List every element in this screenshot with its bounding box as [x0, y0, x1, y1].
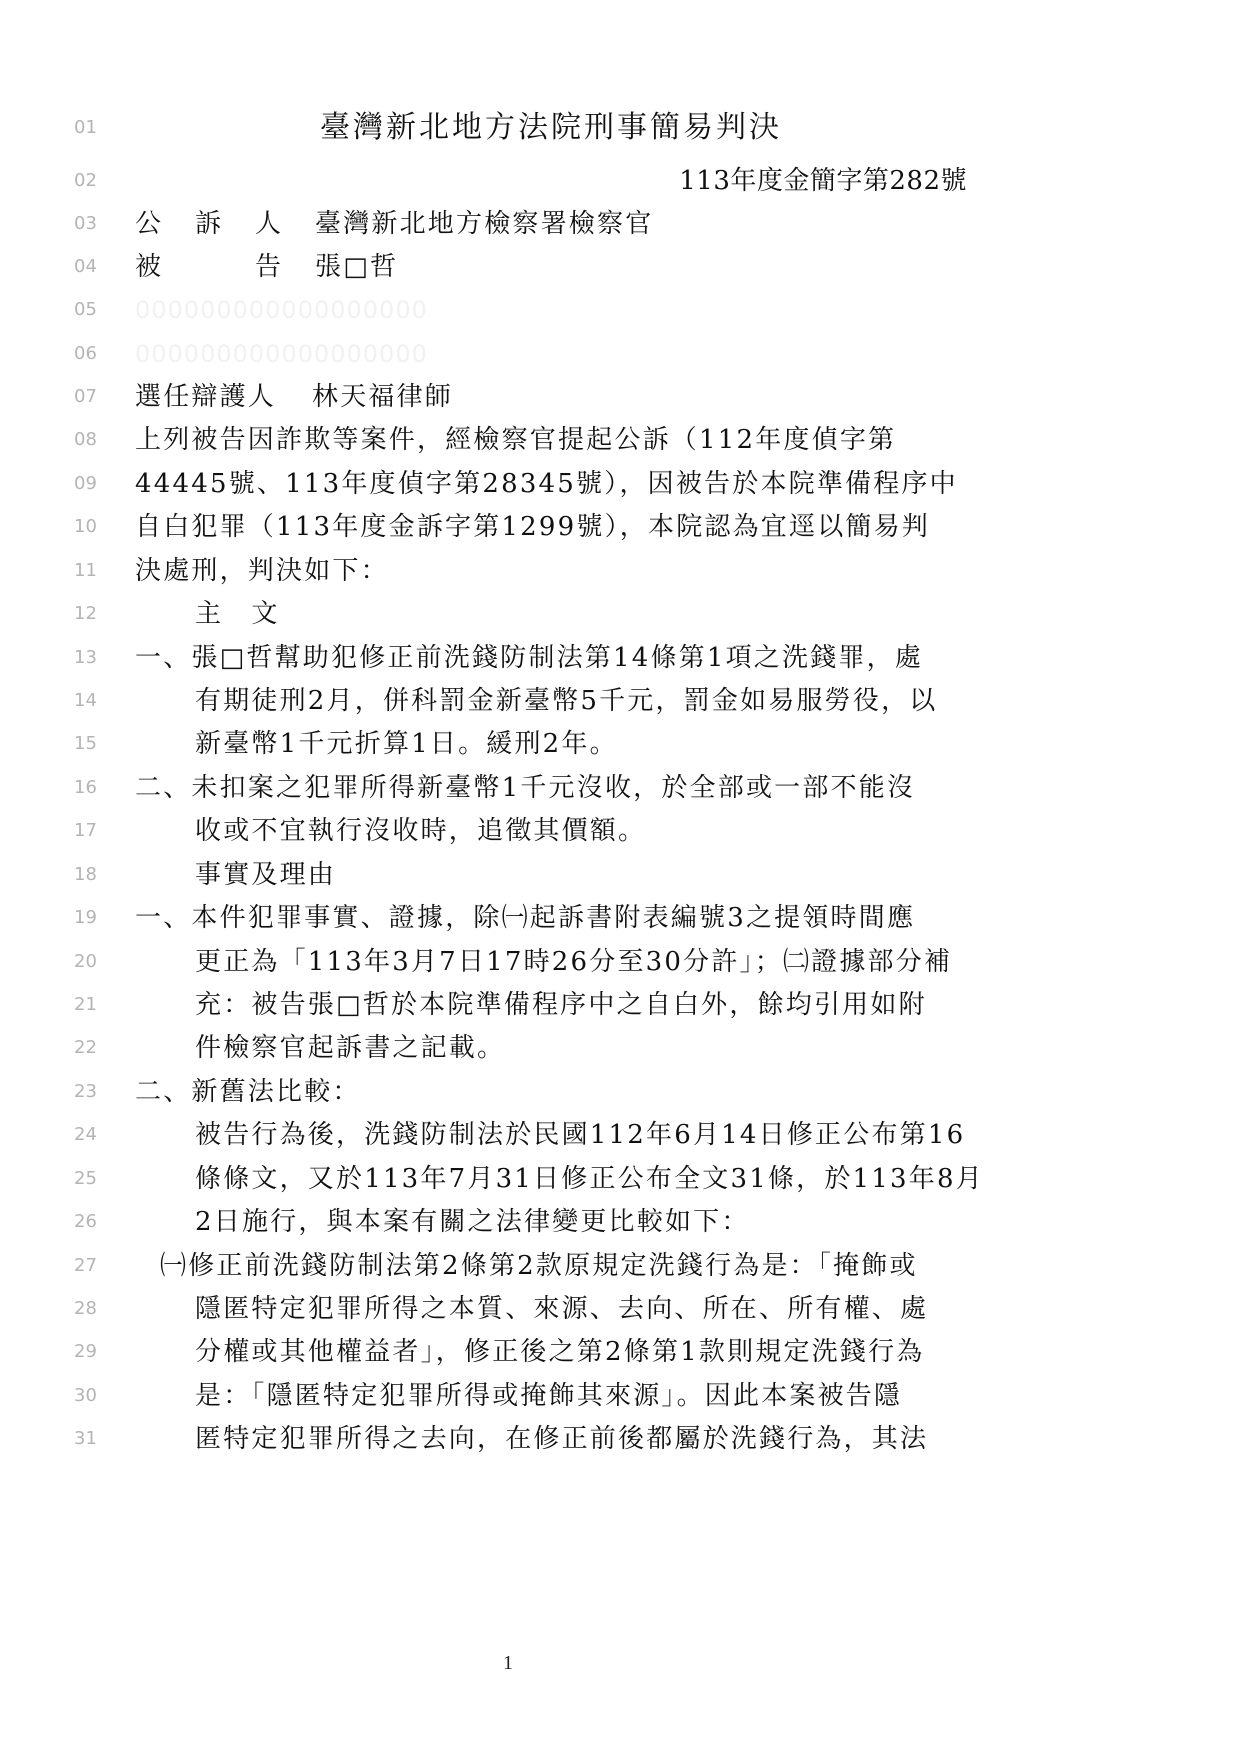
line-27: 27 ㈠修正前洗錢防制法第2條第2款原規定洗錢行為是：「掩飾或 [0, 1244, 1240, 1288]
line-number: 14 [74, 679, 114, 723]
section-heading-main-text: 主 文 [195, 592, 967, 636]
line-25: 25 條條文，又於113年7月31日修正公布全文31條，於113年8月 [0, 1157, 1240, 1201]
line-number: 22 [74, 1026, 114, 1070]
line-number: 18 [74, 853, 114, 897]
redacted-text: 000000000000000000 [135, 332, 967, 376]
line-number: 17 [74, 809, 114, 853]
body-text: 分權或其他權益者」，修正後之第2條第1款則規定洗錢行為 [195, 1330, 967, 1374]
line-number: 01 [74, 106, 114, 150]
line-number: 02 [74, 159, 114, 203]
line-number: 04 [74, 245, 114, 289]
line-number: 10 [74, 505, 114, 549]
line-30: 30 是：「隱匿特定犯罪所得或掩飾其來源」。因此本案被告隱 [0, 1374, 1240, 1418]
case-number: 113年度金簡字第282號 [135, 159, 967, 203]
prosecutor-name: 臺灣新北地方檢察署檢察官 [315, 209, 653, 239]
body-text: 匿特定犯罪所得之去向，在修正前後都屬於洗錢行為，其法 [195, 1417, 967, 1461]
line-09: 09 44445號、113年度偵字第28345號），因被告於本院準備程序中 [0, 462, 1240, 506]
line-number: 21 [74, 983, 114, 1027]
body-text: 一、本件犯罪事實、證據，除㈠起訴書附表編號3之提領時間應 [135, 896, 967, 940]
line-14: 14 有期徒刑2月，併科罰金新臺幣5千元，罰金如易服勞役，以 [0, 679, 1240, 723]
line-02: 02 113年度金簡字第282號 [0, 159, 1240, 203]
line-number: 20 [74, 940, 114, 984]
body-text: 有期徒刑2月，併科罰金新臺幣5千元，罰金如易服勞役，以 [195, 679, 967, 723]
line-number: 11 [74, 549, 114, 593]
body-text: 被告行為後，洗錢防制法於民國112年6月14日修正公布第16 [195, 1113, 967, 1157]
defense-label: 選任辯護人 [135, 375, 312, 419]
line-06: 06 000000000000000000 [0, 332, 1240, 376]
line-18: 18 事實及理由 [0, 853, 1240, 897]
body-text: 收或不宜執行沒收時，追徵其價額。 [195, 809, 967, 853]
line-number: 15 [74, 722, 114, 766]
defense-row: 選任辯護人林天福律師 [135, 375, 967, 419]
line-24: 24 被告行為後，洗錢防制法於民國112年6月14日修正公布第16 [0, 1113, 1240, 1157]
label-char: 告 [255, 245, 315, 289]
line-31: 31 匿特定犯罪所得之去向，在修正前後都屬於洗錢行為，其法 [0, 1417, 1240, 1461]
line-17: 17 收或不宜執行沒收時，追徵其價額。 [0, 809, 1240, 853]
line-number: 08 [74, 418, 114, 462]
body-text: 件檢察官起訴書之記載。 [195, 1026, 967, 1070]
line-20: 20 更正為「113年3月7日17時26分至30分許」；㈡證據部分補 [0, 940, 1240, 984]
prosecutor-row: 公訴人臺灣新北地方檢察署檢察官 [135, 202, 967, 246]
line-13: 13 一、張□哲幫助犯修正前洗錢防制法第14條第1項之洗錢罪，處 [0, 636, 1240, 680]
body-text: 隱匿特定犯罪所得之本質、來源、去向、所在、所有權、處 [195, 1287, 967, 1331]
line-number: 25 [74, 1157, 114, 1201]
line-number: 05 [74, 288, 114, 332]
line-10: 10 自白犯罪（113年度金訴字第1299號），本院認為宜逕以簡易判 [0, 505, 1240, 549]
line-21: 21 充：被告張□哲於本院準備程序中之自白外，餘均引用如附 [0, 983, 1240, 1027]
line-number: 03 [74, 202, 114, 246]
body-text: ㈠修正前洗錢防制法第2條第2款原規定洗錢行為是：「掩飾或 [160, 1244, 967, 1288]
label-char: 人 [255, 202, 315, 246]
body-text: 二、新舊法比較： [135, 1070, 967, 1114]
body-text: 條條文，又於113年7月31日修正公布全文31條，於113年8月 [195, 1157, 967, 1201]
body-text: 新臺幣1千元折算1日。緩刑2年。 [195, 722, 967, 766]
section-heading-facts-reasons: 事實及理由 [195, 853, 967, 897]
line-number: 12 [74, 592, 114, 636]
line-04: 04 被告張□哲 [0, 245, 1240, 289]
line-number: 13 [74, 636, 114, 680]
line-number: 29 [74, 1330, 114, 1374]
label-char: 被 [135, 245, 255, 289]
line-23: 23 二、新舊法比較： [0, 1070, 1240, 1114]
line-number: 06 [74, 332, 114, 376]
line-11: 11 決處刑，判決如下： [0, 549, 1240, 593]
line-29: 29 分權或其他權益者」，修正後之第2條第1款則規定洗錢行為 [0, 1330, 1240, 1374]
line-05: 05 000000000000000000 [0, 288, 1240, 332]
body-text: 更正為「113年3月7日17時26分至30分許」；㈡證據部分補 [195, 940, 967, 984]
line-15: 15 新臺幣1千元折算1日。緩刑2年。 [0, 722, 1240, 766]
body-text: 44445號、113年度偵字第28345號），因被告於本院準備程序中 [135, 462, 967, 506]
body-text: 自白犯罪（113年度金訴字第1299號），本院認為宜逕以簡易判 [135, 505, 967, 549]
body-text: 二、未扣案之犯罪所得新臺幣1千元沒收，於全部或一部不能沒 [135, 766, 967, 810]
line-28: 28 隱匿特定犯罪所得之本質、來源、去向、所在、所有權、處 [0, 1287, 1240, 1331]
document-title: 臺灣新北地方法院刑事簡易判決 [135, 106, 967, 150]
defendant-row: 被告張□哲 [135, 245, 967, 289]
line-26: 26 2日施行，與本案有關之法律變更比較如下： [0, 1200, 1240, 1244]
line-number: 24 [74, 1113, 114, 1157]
body-text: 充：被告張□哲於本院準備程序中之自白外，餘均引用如附 [195, 983, 967, 1027]
body-text: 決處刑，判決如下： [135, 549, 967, 593]
line-08: 08 上列被告因詐欺等案件，經檢察官提起公訴（112年度偵字第 [0, 418, 1240, 462]
document-page: 01 臺灣新北地方法院刑事簡易判決 02 113年度金簡字第282號 03 公訴… [0, 0, 1240, 1755]
line-number: 28 [74, 1287, 114, 1331]
line-number: 19 [74, 896, 114, 940]
redacted-text: 000000000000000000 [135, 288, 967, 332]
defendant-name: 張□哲 [315, 252, 398, 282]
page-number: 1 [0, 1652, 1016, 1675]
body-text: 上列被告因詐欺等案件，經檢察官提起公訴（112年度偵字第 [135, 418, 967, 462]
line-19: 19 一、本件犯罪事實、證據，除㈠起訴書附表編號3之提領時間應 [0, 896, 1240, 940]
label-char: 訴 [195, 202, 255, 246]
body-text: 是：「隱匿特定犯罪所得或掩飾其來源」。因此本案被告隱 [195, 1374, 967, 1418]
line-number: 31 [74, 1417, 114, 1461]
line-number: 09 [74, 462, 114, 506]
label-char: 公 [135, 202, 195, 246]
line-12: 12 主 文 [0, 592, 1240, 636]
line-07: 07 選任辯護人林天福律師 [0, 375, 1240, 419]
line-number: 16 [74, 766, 114, 810]
line-number: 30 [74, 1374, 114, 1418]
body-text: 一、張□哲幫助犯修正前洗錢防制法第14條第1項之洗錢罪，處 [135, 636, 967, 680]
body-text: 2日施行，與本案有關之法律變更比較如下： [195, 1200, 967, 1244]
line-01: 01 臺灣新北地方法院刑事簡易判決 [0, 106, 1240, 150]
line-03: 03 公訴人臺灣新北地方檢察署檢察官 [0, 202, 1240, 246]
line-number: 07 [74, 375, 114, 419]
line-number: 27 [74, 1244, 114, 1288]
line-22: 22 件檢察官起訴書之記載。 [0, 1026, 1240, 1070]
line-number: 26 [74, 1200, 114, 1244]
line-16: 16 二、未扣案之犯罪所得新臺幣1千元沒收，於全部或一部不能沒 [0, 766, 1240, 810]
defense-counsel-name: 林天福律師 [312, 382, 453, 412]
line-number: 23 [74, 1070, 114, 1114]
